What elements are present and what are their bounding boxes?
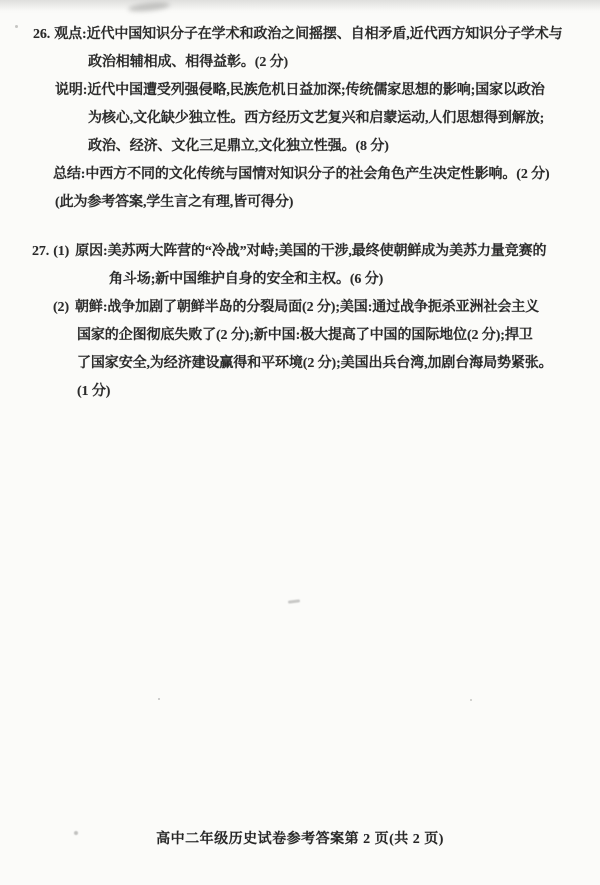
scan-smudge-top bbox=[128, 1, 171, 13]
question-27-answer: 27.(1)原因:美苏两大阵营的“冷战”对峙;美国的干涉,最终使朝鲜成为美苏力量… bbox=[0, 238, 600, 406]
q26-viewpoint-text-2: 政治相辅相成、相得益彰。(2 分) bbox=[88, 55, 288, 70]
q26-question-number: 26. bbox=[33, 27, 50, 42]
q27-part1-text-2: 角斗场;新中国维护自身的安全和主权。(6 分) bbox=[109, 272, 383, 287]
q27-part2-line-4: (1 分) bbox=[0, 378, 600, 406]
q26-grading-note: (此为参考答案,学生言之有理,皆可得分) bbox=[0, 189, 600, 217]
q27-part2-text-4: (1 分) bbox=[77, 384, 110, 399]
q26-explanation-line-1: 说明:近代中国遭受列强侵略,民族危机日益加深;传统儒家思想的影响;国家以政治 bbox=[0, 77, 600, 105]
q26-summary-label: 总结: bbox=[53, 167, 85, 182]
answer-key-content: 26.观点:近代中国知识分子在学术和政治之间摇摆、自相矛盾,近代西方知识分子学术… bbox=[0, 21, 600, 406]
q27-part2-sublabel: 朝鲜: bbox=[75, 300, 107, 315]
scanned-answer-page: 26.观点:近代中国知识分子在学术和政治之间摇摆、自相矛盾,近代西方知识分子学术… bbox=[0, 0, 600, 885]
q26-explanation-line-2: 为核心,文化缺少独立性。西方经历文艺复兴和启蒙运动,人们思想得到解放; bbox=[0, 105, 600, 133]
q27-part1-text-1: 美苏两大阵营的“冷战”对峙;美国的干涉,最终使朝鲜成为美苏力量竞赛的 bbox=[108, 244, 547, 259]
q27-question-number: 27. bbox=[32, 244, 49, 259]
q27-part1-label: (1) bbox=[53, 244, 69, 259]
q27-part2-text-3: 了国家安全,为经济建设赢得和平环境(2 分);美国出兵台湾,加剧台海局势紧张。 bbox=[77, 356, 553, 371]
scan-smudge-mid bbox=[288, 599, 300, 603]
question-26-answer: 26.观点:近代中国知识分子在学术和政治之间摇摆、自相矛盾,近代西方知识分子学术… bbox=[0, 21, 600, 217]
q26-explanation-line-3: 政治、经济、文化三足鼎立,文化独立性强。(8 分) bbox=[0, 133, 600, 161]
q26-summary-line: 总结:中西方不同的文化传统与国情对知识分子的社会角色产生决定性影响。(2 分) bbox=[0, 161, 600, 189]
q26-summary-text: 中西方不同的文化传统与国情对知识分子的社会角色产生决定性影响。(2 分) bbox=[85, 167, 549, 182]
q26-viewpoint-line-2: 政治相辅相成、相得益彰。(2 分) bbox=[0, 49, 600, 77]
footer-page-label: 高中二年级历史试卷参考答案第 2 页(共 2 页) bbox=[156, 832, 444, 847]
q26-viewpoint-line-1: 26.观点:近代中国知识分子在学术和政治之间摇摆、自相矛盾,近代西方知识分子学术… bbox=[0, 21, 600, 49]
q26-note-text: (此为参考答案,学生言之有理,皆可得分) bbox=[55, 195, 293, 210]
q26-viewpoint-label: 观点: bbox=[54, 27, 86, 42]
q27-part2-text-1: 战争加剧了朝鲜半岛的分裂局面(2 分);美国:通过战争扼杀亚洲社会主义 bbox=[107, 300, 539, 315]
q26-explanation-text-2: 为核心,文化缺少独立性。西方经历文艺复兴和启蒙运动,人们思想得到解放; bbox=[88, 111, 544, 126]
q27-part2-label: (2) bbox=[53, 300, 69, 315]
scan-speck bbox=[470, 699, 472, 701]
q27-part2-line-1: (2)朝鲜:战争加剧了朝鲜半岛的分裂局面(2 分);美国:通过战争扼杀亚洲社会主… bbox=[0, 294, 600, 322]
q27-part1-sublabel: 原因: bbox=[75, 244, 107, 259]
scan-shadow-top bbox=[0, 0, 600, 12]
q26-explanation-text-3: 政治、经济、文化三足鼎立,文化独立性强。(8 分) bbox=[88, 139, 389, 154]
q26-viewpoint-text-1: 近代中国知识分子在学术和政治之间摇摆、自相矛盾,近代西方知识分子学术与 bbox=[87, 27, 563, 42]
page-footer: 高中二年级历史试卷参考答案第 2 页(共 2 页) bbox=[0, 828, 600, 848]
q27-part2-line-2: 国家的企图彻底失败了(2 分);新中国:极大提高了中国的国际地位(2 分);捍卫 bbox=[0, 322, 600, 350]
q27-part2-text-2: 国家的企图彻底失败了(2 分);新中国:极大提高了中国的国际地位(2 分);捍卫 bbox=[77, 328, 533, 343]
scan-speck bbox=[158, 698, 160, 700]
q27-part1-line-2: 角斗场;新中国维护自身的安全和主权。(6 分) bbox=[0, 266, 600, 294]
q27-part1-line-1: 27.(1)原因:美苏两大阵营的“冷战”对峙;美国的干涉,最终使朝鲜成为美苏力量… bbox=[0, 238, 600, 266]
q26-explanation-label: 说明: bbox=[55, 83, 87, 98]
q26-explanation-text-1: 近代中国遭受列强侵略,民族危机日益加深;传统儒家思想的影响;国家以政治 bbox=[87, 83, 544, 98]
q27-part2-line-3: 了国家安全,为经济建设赢得和平环境(2 分);美国出兵台湾,加剧台海局势紧张。 bbox=[0, 350, 600, 378]
